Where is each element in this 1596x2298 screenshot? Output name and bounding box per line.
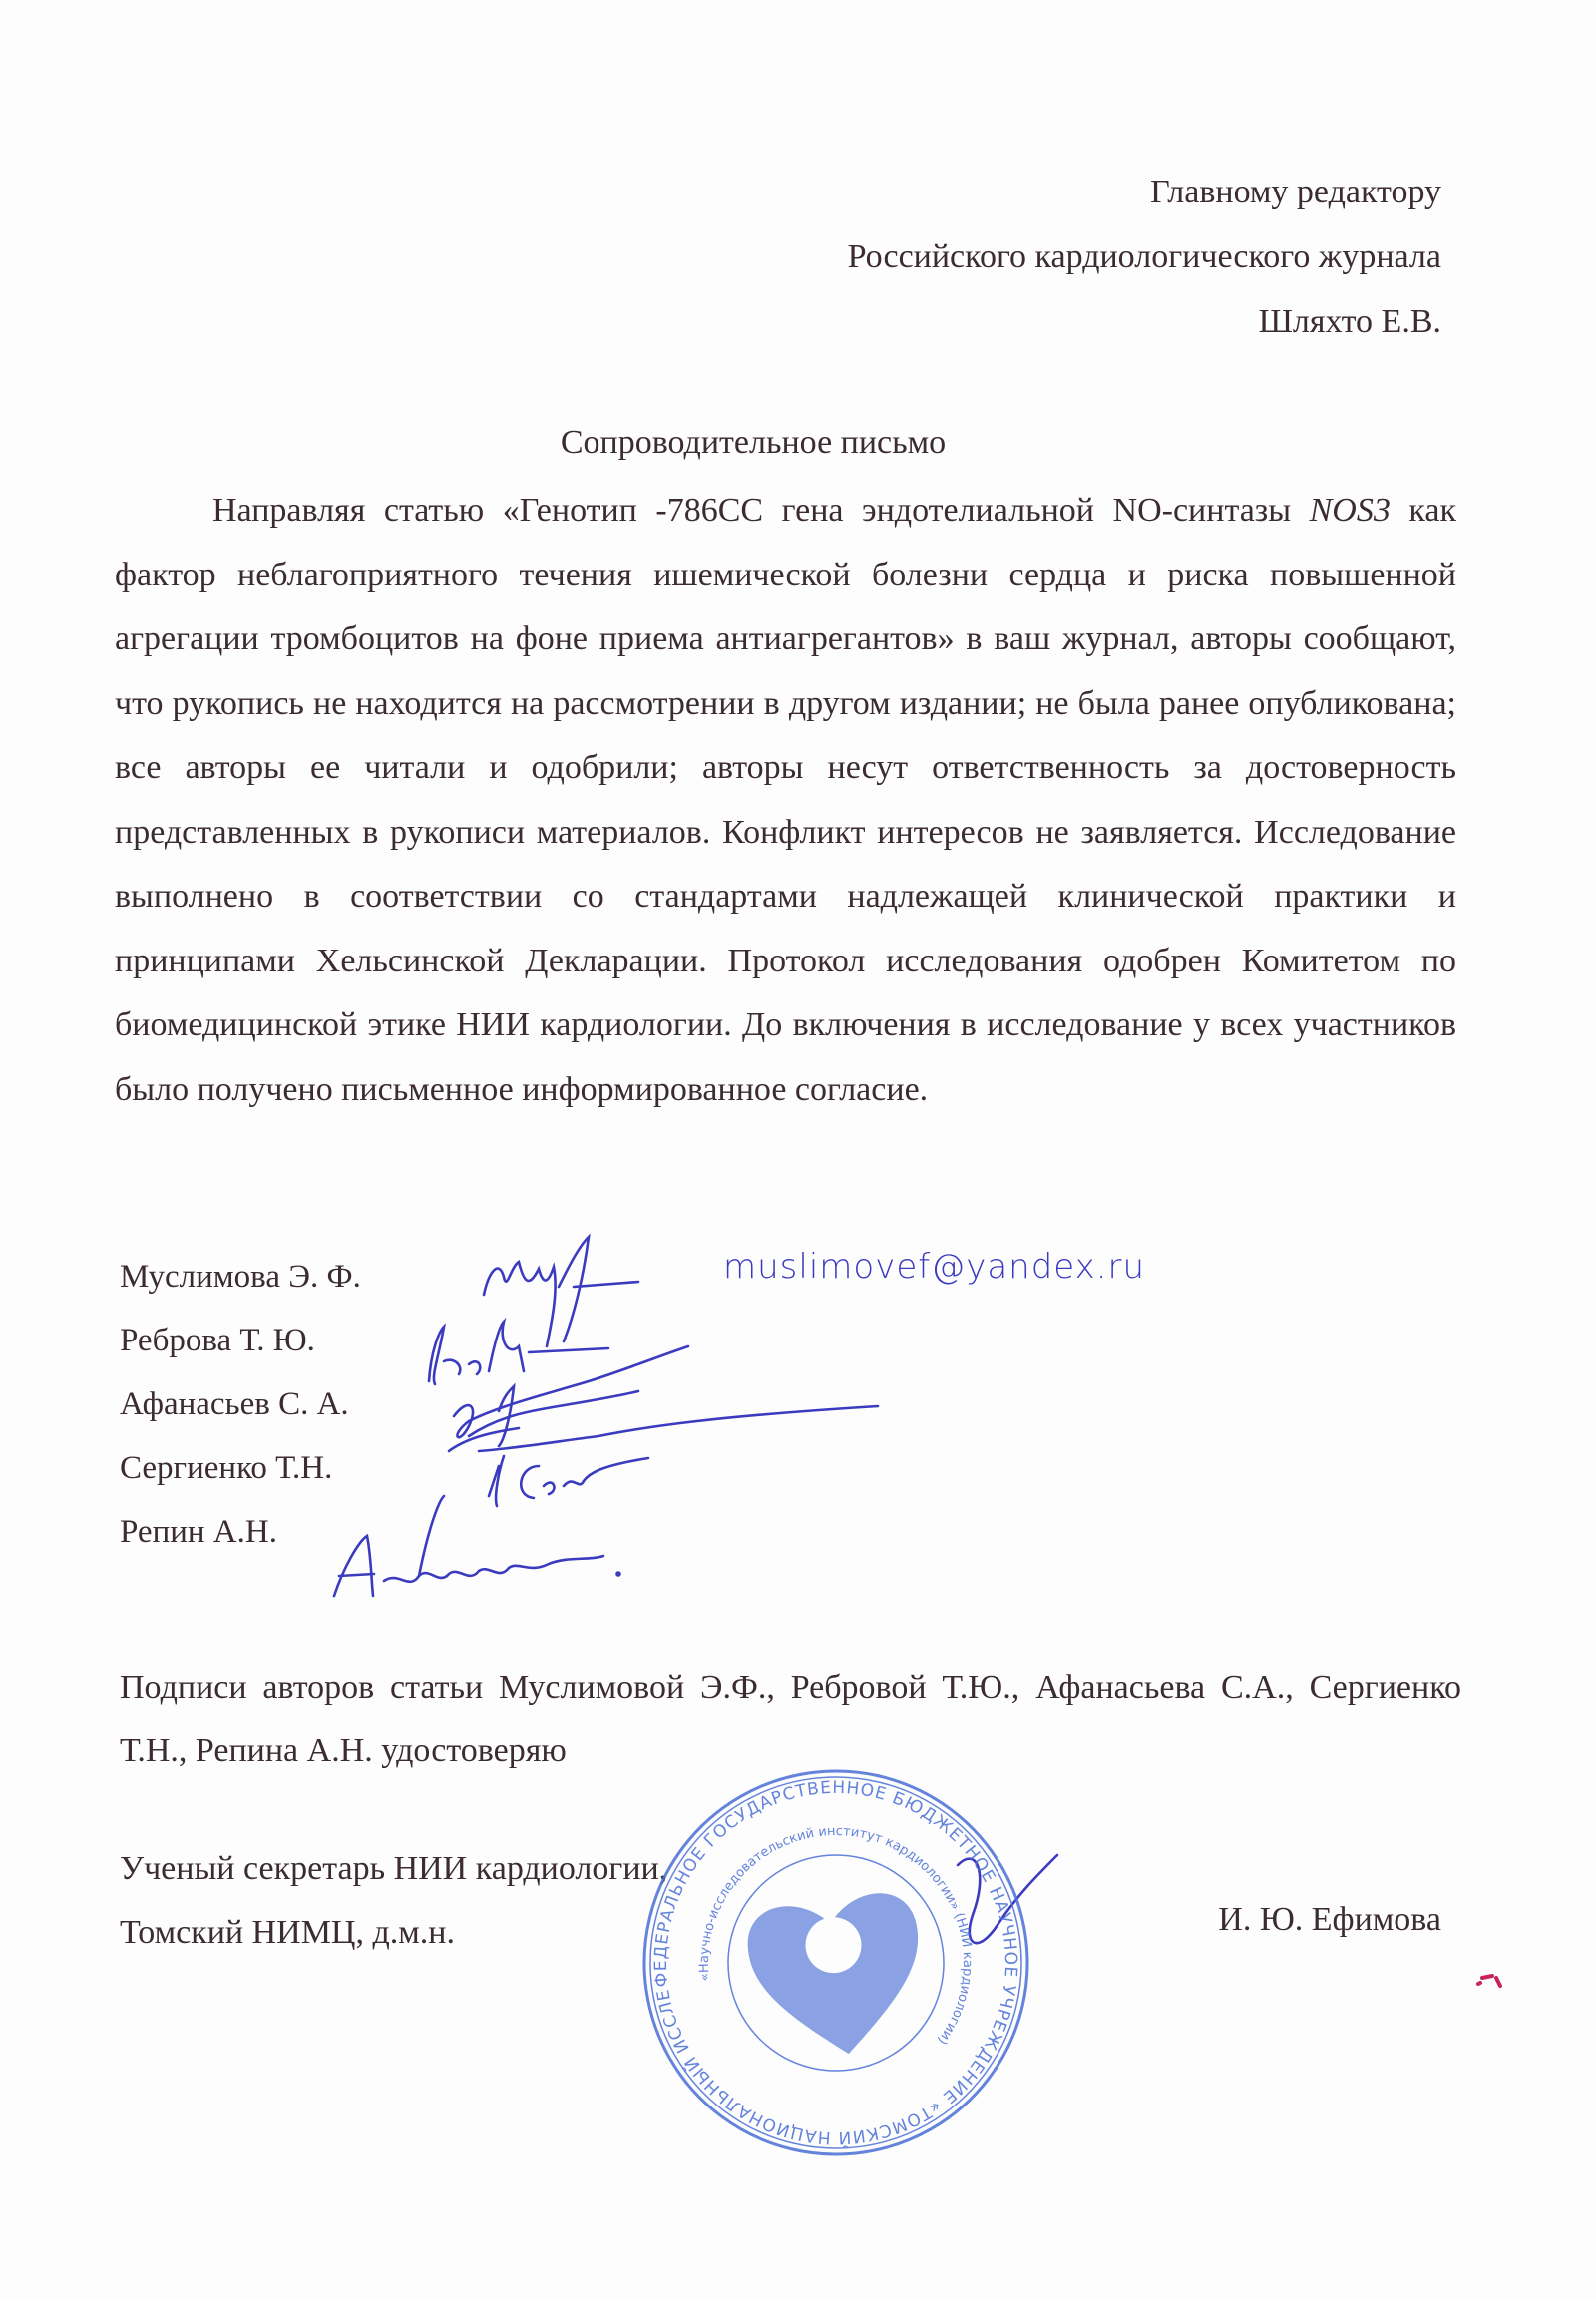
- secretary-block: Ученый секретарь НИИ кардиологии, Томски…: [120, 1837, 667, 1965]
- cover-letter-page: Главному редактору Российского кардиолог…: [0, 0, 1596, 2298]
- secretary-affiliation: Томский НИМЦ, д.м.н.: [120, 1901, 667, 1965]
- institution-stamp-icon: ФЕДЕРАЛЬНОЕ ГОСУДАРСТВЕННОЕ БЮДЖЕТНОЕ НА…: [636, 1763, 1035, 2162]
- secretary-name: И. Ю. Ефимова: [1218, 1901, 1441, 1939]
- secretary-title: Ученый секретарь НИИ кардиологии,: [120, 1837, 667, 1901]
- red-ink-mark-icon: [1476, 1970, 1516, 1995]
